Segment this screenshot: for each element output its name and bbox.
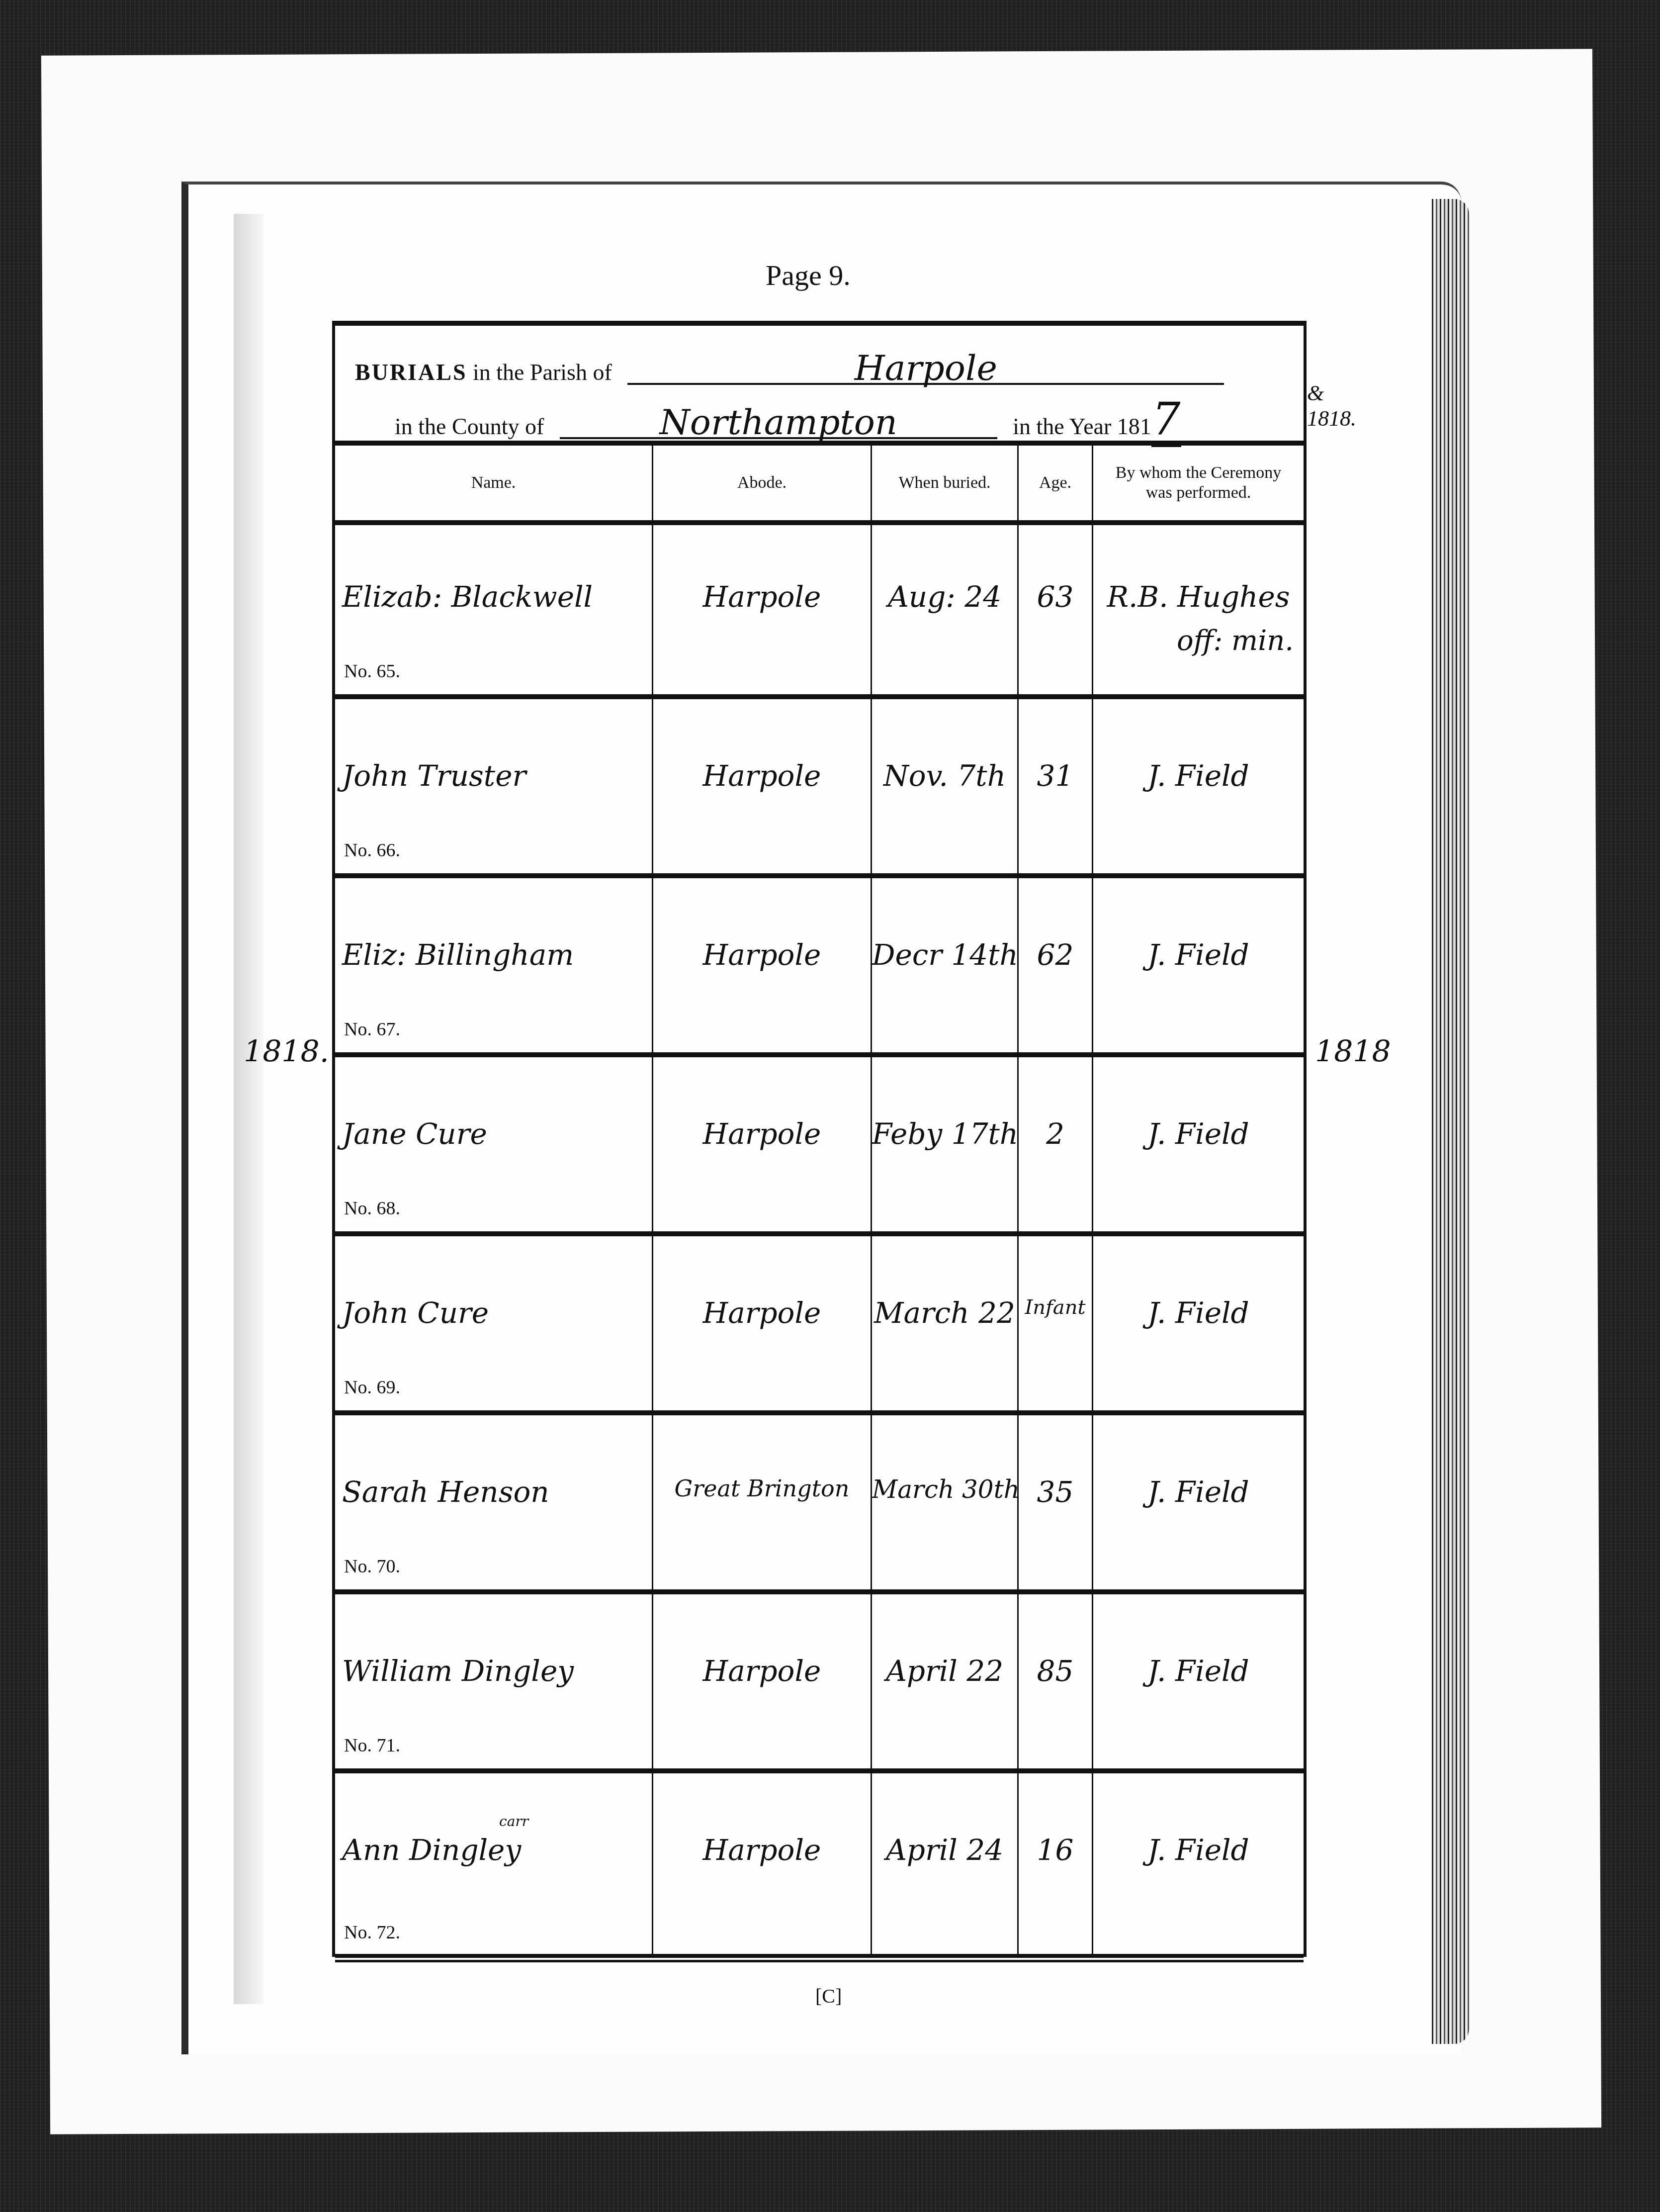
when-buried-cell: Decr 14th [872, 878, 1019, 1052]
officiant-cell: J. Field [1093, 699, 1304, 873]
entry-when-buried: Aug: 24 [872, 580, 1017, 614]
age-cell: 85 [1019, 1594, 1093, 1768]
entry-name: John Cure [342, 1296, 489, 1330]
entry-when-buried: Nov. 7th [872, 759, 1017, 793]
table-row: Jane Cure No. 68. Harpole Feby 17th 2 J.… [335, 1057, 1304, 1236]
entry-officiant: J. Field [1093, 1654, 1304, 1688]
entry-officiant: J. Field [1093, 759, 1304, 793]
entry-when-buried: April 24 [872, 1833, 1017, 1867]
entry-abode: Harpole [653, 938, 871, 972]
abode-cell: Harpole [653, 1236, 872, 1410]
abode-cell: Harpole [653, 878, 872, 1052]
year-prefix: in the Year 18 [1013, 414, 1140, 439]
officiant-cell: R.B. Hughes off: min. [1093, 520, 1304, 694]
entry-officiant: J. Field [1093, 1833, 1304, 1867]
year-note: & 1818. [1307, 380, 1356, 431]
entry-abode: Great Brington [653, 1475, 871, 1502]
entry-officiant: J. Field [1093, 1475, 1304, 1509]
table-row: Elizab: Blackwell No. 65. Harpole Aug: 2… [335, 520, 1304, 699]
table-row: Sarah Henson No. 70. Great Brington Marc… [335, 1415, 1304, 1594]
entry-age: Infant [1019, 1296, 1092, 1319]
name-cell: John Truster No. 66. [335, 699, 653, 873]
abode-cell: Great Brington [653, 1415, 872, 1589]
entry-when-buried: Feby 17th [872, 1117, 1017, 1151]
officiant-cell: J. Field [1093, 1236, 1304, 1410]
parish-prefix: in the Parish of [473, 360, 612, 385]
table-row: William Dingley No. 71. Harpole April 22… [335, 1594, 1304, 1773]
table-row: John Truster No. 66. Harpole Nov. 7th 31… [335, 699, 1304, 878]
entry-abode: Harpole [653, 1833, 871, 1867]
page-title: Page 9. [766, 259, 851, 292]
entry-age: 85 [1019, 1654, 1092, 1688]
abode-cell: Harpole [653, 1594, 872, 1768]
entry-number: No. 72. [344, 1922, 400, 1943]
county-line: in the County of Northampton in the Year… [395, 393, 1181, 447]
column-header-name: Name. [335, 446, 653, 520]
entry-when-buried: March 30th [872, 1475, 1017, 1504]
entry-when-buried: Decr 14th [872, 938, 1017, 972]
age-cell: 16 [1019, 1773, 1093, 1955]
entry-number: No. 69. [344, 1377, 400, 1398]
county-prefix: in the County of [395, 414, 544, 439]
entry-age: 62 [1019, 938, 1092, 972]
parish-line: BURIALS in the Parish of Harpole [355, 353, 1224, 385]
abode-cell: Harpole [653, 1057, 872, 1231]
when-buried-cell: April 22 [872, 1594, 1019, 1768]
name-cell: Elizab: Blackwell No. 65. [335, 520, 653, 694]
age-cell: Infant [1019, 1236, 1093, 1410]
entry-number: No. 71. [344, 1735, 400, 1756]
table-row: carr Ann Dingley No. 72. Harpole April 2… [335, 1773, 1304, 1962]
entry-age: 16 [1019, 1833, 1092, 1867]
entry-officiant: R.B. Hughes [1093, 580, 1304, 614]
binding-shadow [234, 214, 263, 2004]
age-cell: 2 [1019, 1057, 1093, 1231]
age-cell: 63 [1019, 520, 1093, 694]
officiant-cell: J. Field [1093, 878, 1304, 1052]
abode-cell: Harpole [653, 699, 872, 873]
entry-annotation: carr [499, 1813, 528, 1830]
entry-number: No. 67. [344, 1018, 400, 1040]
officiant-cell: J. Field [1093, 1415, 1304, 1589]
when-buried-cell: March 22 [872, 1236, 1019, 1410]
name-cell: Sarah Henson No. 70. [335, 1415, 653, 1589]
name-cell: John Cure No. 69. [335, 1236, 653, 1410]
entry-when-buried: March 22 [872, 1296, 1017, 1330]
entry-number: No. 66. [344, 839, 400, 861]
entry-name: Elizab: Blackwell [342, 580, 593, 614]
entry-abode: Harpole [653, 1296, 871, 1330]
when-buried-cell: Nov. 7th [872, 699, 1019, 873]
table-row: Eliz: Billingham No. 67. Harpole Decr 14… [335, 878, 1304, 1057]
entry-age: 35 [1019, 1475, 1092, 1509]
entry-number: No. 68. [344, 1198, 400, 1219]
parish-field: Harpole [627, 353, 1224, 385]
name-cell: William Dingley No. 71. [335, 1594, 653, 1768]
register-header: BURIALS in the Parish of Harpole in the … [335, 324, 1304, 443]
entry-abode: Harpole [653, 1654, 871, 1688]
entry-age: 63 [1019, 580, 1092, 614]
county-field: Northampton [560, 407, 997, 439]
entry-when-buried: April 22 [872, 1654, 1017, 1688]
column-header-abode: Abode. [653, 446, 872, 520]
entry-abode: Harpole [653, 1117, 871, 1151]
entry-name: John Truster [342, 759, 526, 793]
name-cell: Eliz: Billingham No. 67. [335, 878, 653, 1052]
signature-mark: [C] [815, 1984, 842, 2008]
year-printed-digit: 1 [1140, 414, 1151, 439]
abode-cell: Harpole [653, 520, 872, 694]
column-header-when-buried: When buried. [872, 446, 1019, 520]
age-cell: 62 [1019, 878, 1093, 1052]
entry-name: William Dingley [342, 1654, 574, 1688]
when-buried-cell: Feby 17th [872, 1057, 1019, 1231]
entry-name: Ann Dingley [342, 1833, 521, 1867]
officiant-cell: J. Field [1093, 1057, 1304, 1231]
burial-register-table: BURIALS in the Parish of Harpole in the … [332, 321, 1307, 1957]
officiant-cell: J. Field [1093, 1773, 1304, 1955]
age-cell: 31 [1019, 699, 1093, 873]
column-headers: Name. Abode. When buried. Age. By whom t… [335, 441, 1304, 525]
when-buried-cell: March 30th [872, 1415, 1019, 1589]
age-cell: 35 [1019, 1415, 1093, 1589]
entry-age: 31 [1019, 759, 1092, 793]
entry-abode: Harpole [653, 580, 871, 614]
entry-name: Jane Cure [342, 1117, 487, 1151]
entry-officiant: J. Field [1093, 1117, 1304, 1151]
entry-number: No. 70. [344, 1556, 400, 1577]
entry-number: No. 65. [344, 660, 400, 682]
name-cell: carr Ann Dingley No. 72. [335, 1773, 653, 1955]
page-edges [1432, 199, 1469, 2044]
entry-officiant-note: off: min. [1093, 625, 1294, 657]
name-cell: Jane Cure No. 68. [335, 1057, 653, 1231]
entry-name: Eliz: Billingham [342, 938, 574, 972]
when-buried-cell: Aug: 24 [872, 520, 1019, 694]
entry-age: 2 [1019, 1117, 1092, 1151]
burials-label: BURIALS [355, 360, 467, 385]
column-header-age: Age. [1019, 446, 1093, 520]
abode-cell: Harpole [653, 1773, 872, 1955]
when-buried-cell: April 24 [872, 1773, 1019, 1955]
entry-officiant: J. Field [1093, 1296, 1304, 1330]
entry-name: Sarah Henson [342, 1475, 549, 1509]
margin-note-right: 1818 [1315, 1034, 1391, 1069]
officiant-cell: J. Field [1093, 1594, 1304, 1768]
margin-note-left: 1818. [244, 1034, 329, 1069]
year-field: 7 [1151, 393, 1181, 447]
table-row: John Cure No. 69. Harpole March 22 Infan… [335, 1236, 1304, 1415]
column-header-officiant: By whom the Ceremony was performed. [1093, 446, 1304, 520]
entry-officiant: J. Field [1093, 938, 1304, 972]
register-entries: Elizab: Blackwell No. 65. Harpole Aug: 2… [335, 520, 1304, 1962]
entry-abode: Harpole [653, 759, 871, 793]
